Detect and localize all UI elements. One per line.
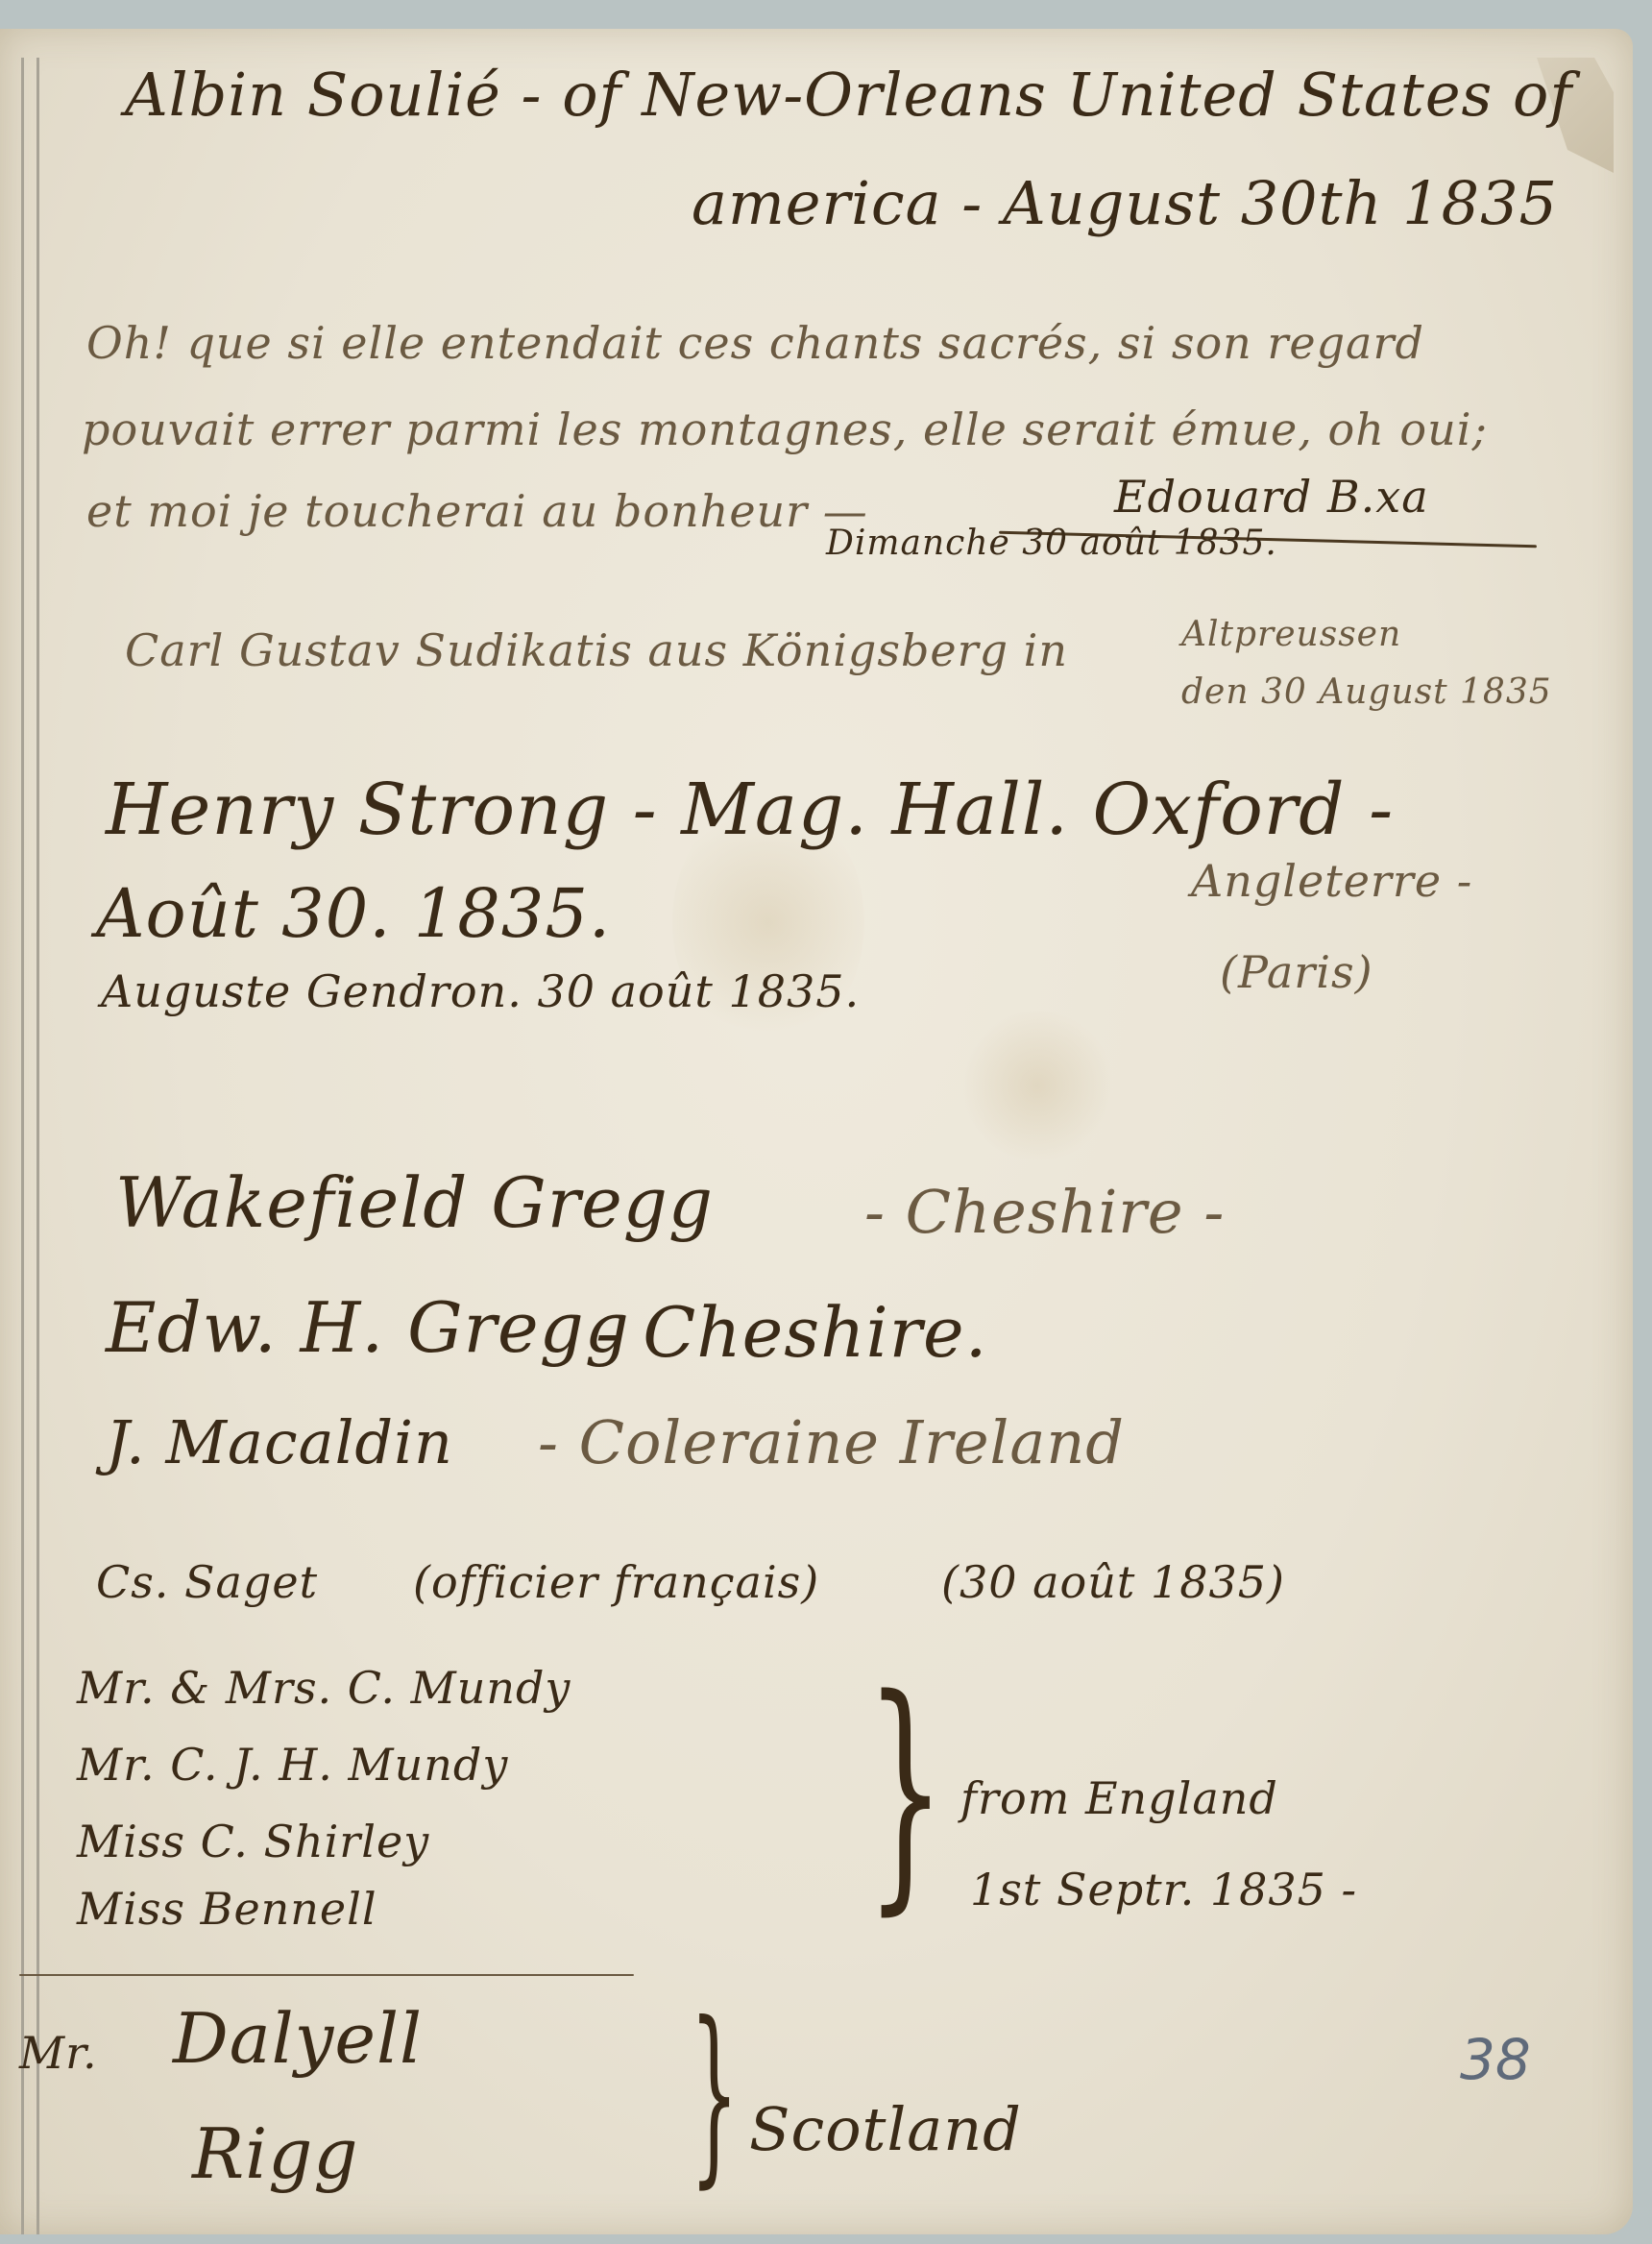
entry-mundy-date: 1st Septr. 1835 - [970, 1864, 1357, 1915]
entry-dalyell-place: Scotland [749, 2094, 1022, 2164]
entry-mundy-name-4: Miss Bennell [77, 1883, 377, 1935]
entry-soulie-line2: america - August 30th 1835 [692, 168, 1558, 238]
separator-line [19, 1974, 634, 1976]
entry-gregg2-place: - Cheshire. [595, 1292, 988, 1373]
page-number: 38 [1460, 2027, 1531, 2092]
binding-line [21, 58, 24, 2234]
entry-gregg1-place: - Cheshire - [864, 1177, 1225, 1247]
entry-gregg1-name: Wakefield Gregg [115, 1162, 714, 1243]
entry-dalyell-prefix: Mr. [19, 2027, 98, 2079]
entry-dalyell-name-2: Rigg [192, 2113, 358, 2194]
paper-stain [960, 1009, 1114, 1162]
entry-edouard-signature: Edouard B.xa [1114, 471, 1429, 523]
entry-sudikatis-place: Altpreussen [1181, 615, 1401, 654]
entry-sudikatis-name: Carl Gustav Sudikatis aus Königsberg in [125, 624, 1068, 676]
entry-strong-date: Août 30. 1835. [96, 874, 611, 953]
entry-sudikatis-date: den 30 August 1835 [1181, 672, 1552, 712]
entry-mundy-name-1: Mr. & Mrs. C. Mundy [77, 1662, 571, 1714]
entry-saget-note: (officier français) [413, 1556, 819, 1608]
entry-strong-name: Henry Strong - Mag. Hall. Oxford - [106, 768, 1394, 851]
entry-gendron-place: (Paris) [1220, 946, 1373, 998]
entry-soulie-line1: Albin Soulié - of New-Orleans United Sta… [125, 60, 1572, 130]
entry-edouard-line1: Oh! que si elle entendait ces chants sac… [86, 317, 1424, 369]
entry-saget-date: (30 août 1835) [941, 1556, 1285, 1608]
entry-mundy-place: from England [960, 1772, 1278, 1824]
entry-edouard-line2: pouvait errer parmi les montagnes, elle … [82, 403, 1488, 455]
entry-edouard-line3: et moi je toucherai au bonheur — [86, 485, 868, 537]
entry-macaldin-name: J. Macaldin [106, 1407, 453, 1477]
entry-saget-name: Cs. Saget [96, 1556, 318, 1608]
entry-macaldin-place: - Coleraine Ireland [538, 1407, 1125, 1477]
entry-gendron-name: Auguste Gendron. 30 août 1835. [101, 965, 860, 1017]
grouping-brace: } [865, 1667, 945, 1916]
entry-mundy-name-3: Miss C. Shirley [77, 1816, 429, 1867]
grouping-brace: } [690, 1998, 739, 2190]
entry-strong-country: Angleterre - [1191, 855, 1472, 907]
entry-edouard-date: Dimanche 30 août 1835. [826, 524, 1277, 563]
entry-mundy-name-2: Mr. C. J. H. Mundy [77, 1739, 508, 1791]
entry-dalyell-name-1: Dalyell [173, 1998, 423, 2079]
binding-line [36, 58, 39, 2234]
entry-gregg2-name: Edw. H. Gregg [106, 1287, 630, 1368]
